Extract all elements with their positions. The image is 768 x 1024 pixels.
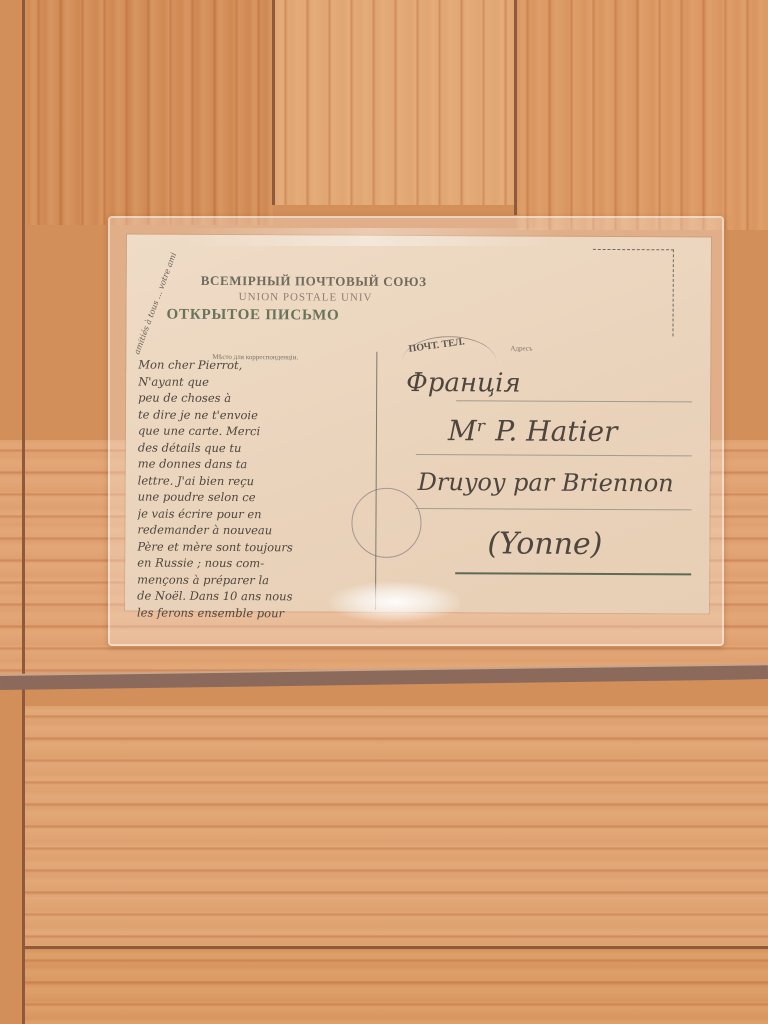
postmark-circle [351, 488, 421, 558]
address-rule [416, 454, 692, 456]
message-line: une poudre selon ce [138, 489, 378, 507]
message-line: te dire je ne t'envoie [138, 406, 378, 424]
printed-title: ОТКРЫТОЕ ПИСЬМО [167, 307, 340, 325]
floor-seam [24, 946, 768, 949]
floor-plank-top-middle [275, 0, 515, 205]
address-rule [456, 400, 692, 402]
floor-seam [272, 0, 275, 205]
address-rule [416, 508, 692, 510]
message-line: Père et mère sont toujours [137, 538, 377, 556]
address-label: Адресъ [510, 344, 532, 352]
sleeve-reflection [180, 228, 560, 246]
message-line: que une carte. Merci [138, 423, 378, 441]
floor-plank-top-right [517, 0, 768, 230]
side-note: amitiés à tous ... votre ami [132, 251, 178, 355]
message-line: des détails que tu [138, 439, 378, 457]
floor-seam [514, 0, 517, 215]
address-town: Druyoy par Briennon [418, 468, 674, 497]
message-line: en Russie ; nous com- [137, 555, 377, 573]
floor-plank-lower [24, 706, 768, 946]
light-glare [330, 582, 460, 622]
floor-seam [22, 0, 25, 1024]
printed-union-french: UNION POSTALE UNIV [239, 291, 373, 304]
address-country: Франція [406, 368, 521, 399]
message-line: redemander à nouveau [137, 522, 377, 540]
message-line: je vais écrire pour en [137, 505, 377, 523]
floor-plank-bottom [24, 950, 768, 1024]
address-department: (Yonne) [487, 526, 602, 562]
message-line: N'ayant que [138, 373, 378, 391]
message-line: lettre. J'ai bien reçu [138, 472, 378, 490]
stamp-box [592, 249, 673, 336]
floor-plank-top-left [28, 0, 273, 225]
postcard: ВСЕМІРНЫЙ ПОЧТОВЫЙ СОЮЗ UNION POSTALE UN… [125, 234, 711, 613]
address-rule [455, 572, 691, 575]
address-recipient: Mʳ P. Hatier [448, 414, 618, 448]
message-line: Mon cher Pierrot, [138, 357, 378, 375]
message-line: me donnes dans ta [138, 456, 378, 474]
message-line: peu de choses à [138, 390, 378, 408]
printed-union-russian: ВСЕМІРНЫЙ ПОЧТОВЫЙ СОЮЗ [201, 273, 427, 290]
